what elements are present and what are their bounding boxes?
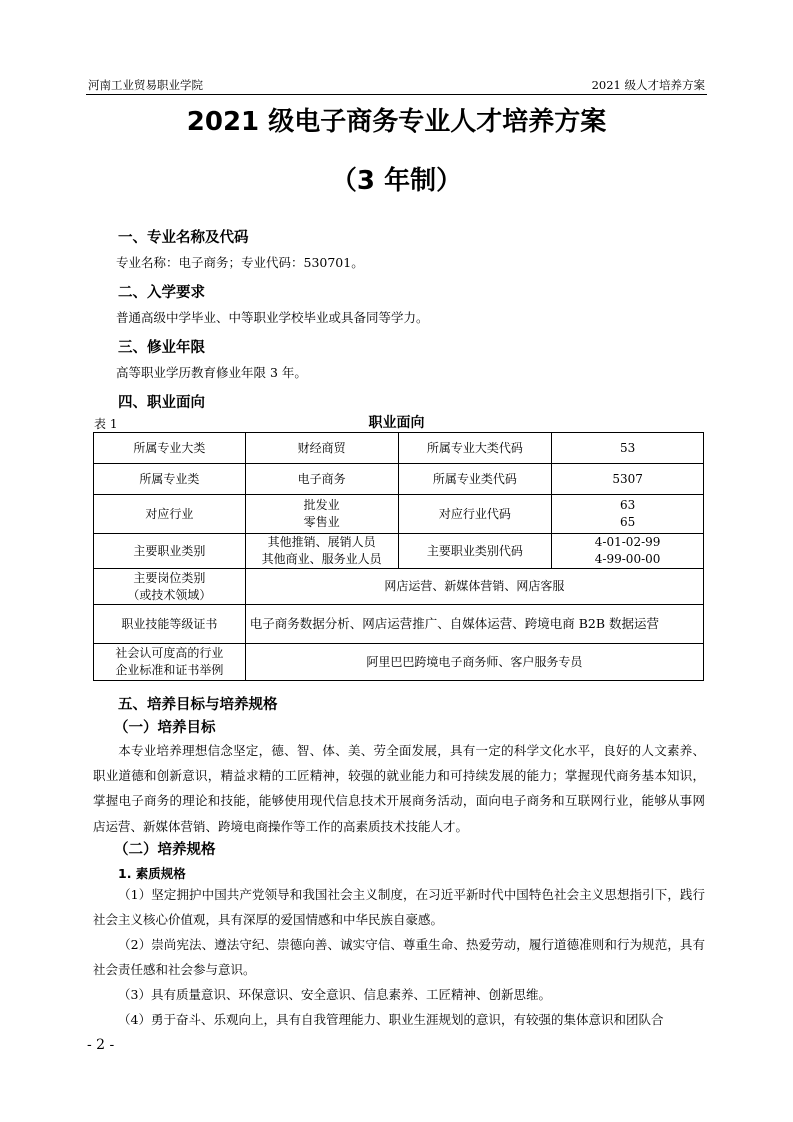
table-cell: 电子商务 [245, 464, 398, 495]
section-3-heading: 三、修业年限 [118, 336, 205, 357]
section-4-heading: 四、职业面向 [118, 391, 205, 412]
quality-item-text: （1）坚定拥护中国共产党领导和我国社会主义制度，在习近平新时代中国特色社会主义思… [93, 887, 705, 927]
table-cell: 4-01-02-99 4-99-00-00 [552, 534, 704, 569]
section-1-body: 专业名称：电子商务；专业代码：530701。 [116, 253, 364, 271]
cell-line: 主要岗位类别 [98, 570, 241, 587]
cell-line: （或技术领域） [98, 587, 241, 604]
table-cell: 所属专业大类代码 [398, 433, 552, 464]
cell-line: 社会认可度高的行业 [98, 645, 241, 662]
occupation-table: 所属专业大类 财经商贸 所属专业大类代码 53 所属专业类 电子商务 所属专业类… [93, 432, 704, 681]
section-5-heading: 五、培养目标与培养规格 [118, 693, 278, 714]
cell-line: 零售业 [250, 514, 394, 531]
page-number: - 2 - [87, 1037, 114, 1053]
table-cell: 53 [552, 433, 704, 464]
goal-text: 本专业培养理想信念坚定，德、智、体、美、劳全面发展，具有一定的科学文化水平，良好… [93, 743, 705, 834]
header-rule [86, 94, 707, 95]
table-row: 所属专业类 电子商务 所属专业类代码 5307 [94, 464, 704, 495]
table-cell: 电子商务数据分析、网店运营推广、自媒体运营、跨境电商 B2B 数据运营 [245, 605, 703, 644]
quality-item-text: （2）崇尚宪法、遵法守纪、崇德向善、诚实守信、尊重生命、热爱劳动，履行道德准则和… [93, 937, 705, 977]
table-cell: 所属专业类 [94, 464, 246, 495]
table-cell: 阿里巴巴跨境电子商务师、客户服务专员 [245, 644, 703, 681]
table-cell: 主要岗位类别 （或技术领域） [94, 569, 246, 605]
cell-line: 其他推销、展销人员 [250, 534, 394, 551]
table-cell: 社会认可度高的行业 企业标准和证书举例 [94, 644, 246, 681]
cell-line: 4-99-00-00 [556, 551, 699, 568]
table-row: 主要职业类别 其他推销、展销人员 其他商业、服务业人员 主要职业类别代码 4-0… [94, 534, 704, 569]
cell-line: 4-01-02-99 [556, 534, 699, 551]
section-1-heading: 一、专业名称及代码 [118, 226, 249, 247]
cell-line: 63 [556, 497, 699, 514]
header-doc-title: 2021 级人才培养方案 [592, 77, 705, 93]
cell-line: 企业标准和证书举例 [98, 662, 241, 679]
table-cell: 对应行业 [94, 495, 246, 534]
subsection-spec-heading: （二）培养规格 [114, 838, 216, 859]
table-cell: 所属专业类代码 [398, 464, 552, 495]
table-cell: 网店运营、新媒体营销、网店客服 [245, 569, 703, 605]
table-cell: 职业技能等级证书 [94, 605, 246, 644]
table-cell: 财经商贸 [245, 433, 398, 464]
table-cell: 对应行业代码 [398, 495, 552, 534]
quality-item-2: （2）崇尚宪法、遵法守纪、崇德向善、诚实守信、尊重生命、热爱劳动，履行道德准则和… [93, 932, 705, 982]
table-cell: 主要职业类别 [94, 534, 246, 569]
table-row: 对应行业 批发业 零售业 对应行业代码 63 65 [94, 495, 704, 534]
quality-item-text: （3）具有质量意识、环保意识、安全意识、信息素养、工匠精神、创新思维。 [118, 987, 551, 1002]
quality-spec-heading: 1. 素质规格 [118, 864, 186, 882]
table-cell: 所属专业大类 [94, 433, 246, 464]
table-cell: 批发业 零售业 [245, 495, 398, 534]
cell-line: 其他商业、服务业人员 [250, 551, 394, 568]
quality-item-4: （4）勇于奋斗、乐观向上，具有自我管理能力、职业生涯规划的意识，有较强的集体意识… [93, 1007, 705, 1032]
section-3-body: 高等职业学历教育修业年限 3 年。 [116, 363, 307, 381]
table-cell: 主要职业类别代码 [398, 534, 552, 569]
subsection-goal-heading: （一）培养目标 [114, 716, 216, 737]
cell-line: 批发业 [250, 497, 394, 514]
quality-item-1: （1）坚定拥护中国共产党领导和我国社会主义制度，在习近平新时代中国特色社会主义思… [93, 882, 705, 932]
table-cell: 5307 [552, 464, 704, 495]
table-row: 主要岗位类别 （或技术领域） 网店运营、新媒体营销、网店客服 [94, 569, 704, 605]
page-subtitle: （3 年制） [0, 160, 793, 197]
table-cell: 其他推销、展销人员 其他商业、服务业人员 [245, 534, 398, 569]
page-title: 2021 级电子商务专业人才培养方案 [0, 101, 793, 138]
table-cell: 63 65 [552, 495, 704, 534]
goal-paragraph: 本专业培养理想信念坚定，德、智、体、美、劳全面发展，具有一定的科学文化水平，良好… [93, 738, 705, 839]
quality-item-text: （4）勇于奋斗、乐观向上，具有自我管理能力、职业生涯规划的意识，有较强的集体意识… [118, 1012, 663, 1027]
table-row: 所属专业大类 财经商贸 所属专业大类代码 53 [94, 433, 704, 464]
header-institution: 河南工业贸易职业学院 [88, 77, 203, 93]
table-row: 社会认可度高的行业 企业标准和证书举例 阿里巴巴跨境电子商务师、客户服务专员 [94, 644, 704, 681]
section-2-heading: 二、入学要求 [118, 281, 205, 302]
table-caption: 职业面向 [0, 412, 793, 432]
cell-line: 65 [556, 514, 699, 531]
table-row: 职业技能等级证书 电子商务数据分析、网店运营推广、自媒体运营、跨境电商 B2B … [94, 605, 704, 644]
section-2-body: 普通高级中学毕业、中等职业学校毕业或具备同等学力。 [116, 308, 429, 326]
quality-item-3: （3）具有质量意识、环保意识、安全意识、信息素养、工匠精神、创新思维。 [93, 982, 705, 1007]
